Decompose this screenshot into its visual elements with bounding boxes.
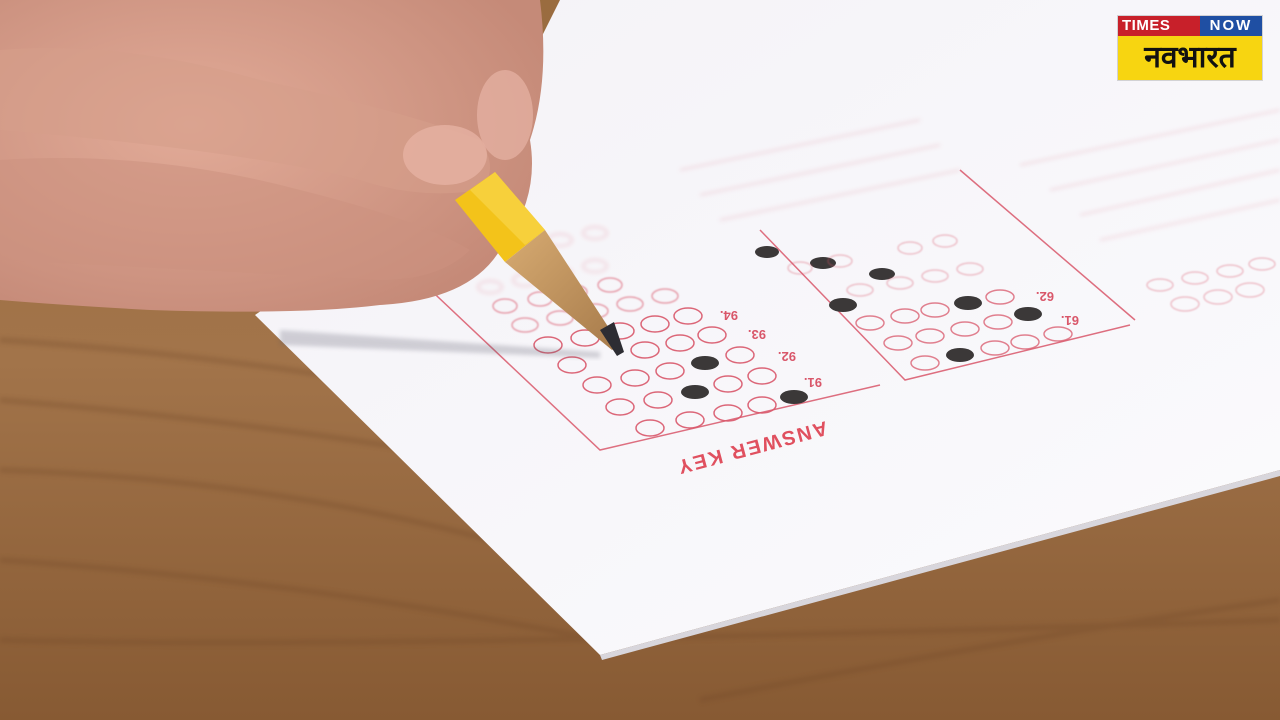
logo-now-text: NOW: [1200, 16, 1262, 36]
svg-text:94.: 94.: [720, 308, 738, 323]
logo-top-band: TIMES NOW: [1118, 16, 1262, 36]
svg-text:92.: 92.: [778, 349, 796, 364]
timesnow-navbharat-logo: TIMES NOW नवभारत: [1118, 16, 1262, 80]
hand: [0, 0, 543, 312]
svg-text:62.: 62.: [1036, 289, 1054, 304]
svg-text:61.: 61.: [1061, 313, 1079, 328]
logo-times-text: TIMES: [1118, 16, 1170, 36]
svg-text:93.: 93.: [748, 327, 766, 342]
svg-text:91.: 91.: [804, 375, 822, 390]
logo-navbharat-text: नवभारत: [1118, 36, 1262, 80]
photo-scene: 91. 92. 93. 94. 61. 62. ANSWER KEY: [0, 0, 1280, 720]
